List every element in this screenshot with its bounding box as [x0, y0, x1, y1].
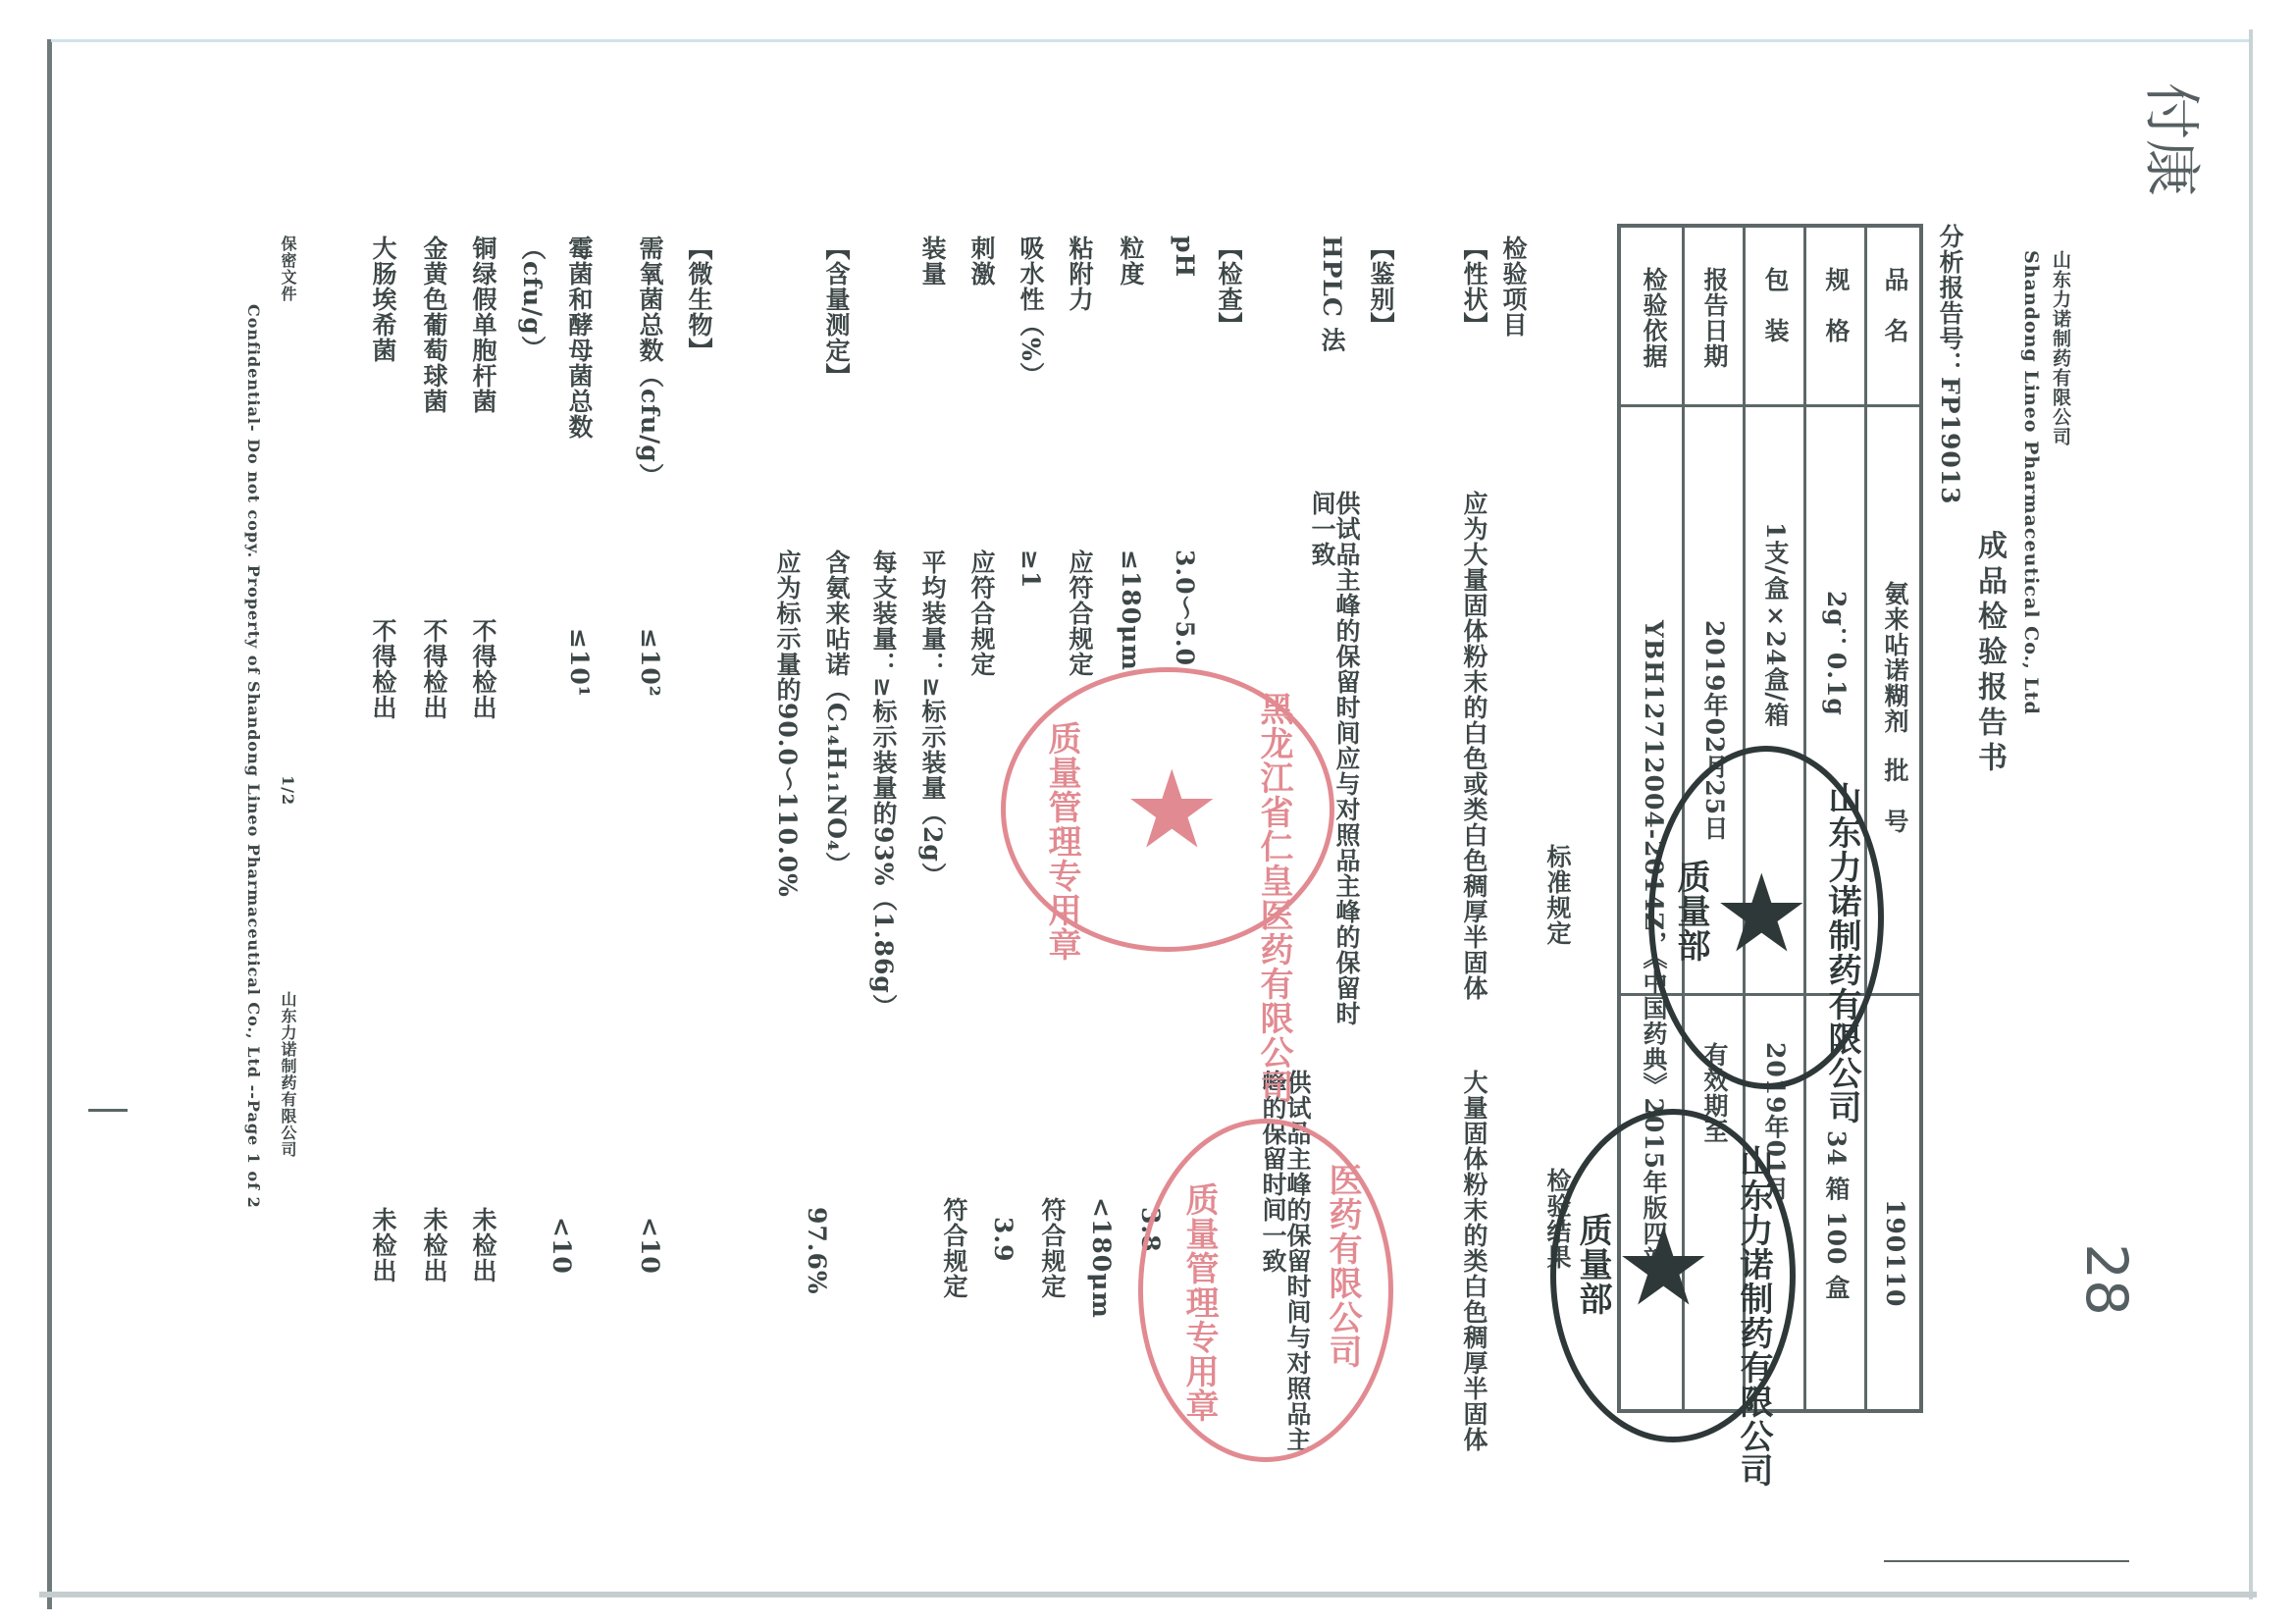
spec-label: 规 格 — [1824, 267, 1849, 343]
section-heading-microbial: 【微生物】 — [687, 236, 711, 363]
pseudomonas-standard: 不得检出 — [471, 618, 496, 720]
inspection-basis-label: 检验依据 — [1642, 267, 1666, 369]
footer-page: 1/2 — [280, 775, 295, 806]
staph-aureus-name: 金黄色葡萄球菌 — [422, 236, 446, 414]
particle-size-result: <180μm — [1089, 1197, 1114, 1319]
assay-standard-2: 应为标示量的90.0～110.0% — [775, 550, 800, 898]
irritation-standard: 应符合规定 — [969, 550, 994, 677]
packaging-label: 包 装 — [1763, 267, 1788, 343]
col-header-item: 检验项目 — [1501, 236, 1526, 338]
pseudomonas-result: 未检出 — [471, 1207, 496, 1283]
ph-name: pH — [1173, 236, 1197, 278]
page-edge-bottom — [39, 1592, 2257, 1597]
appearance-standard: 应为大量固体粉末的白色或类白色稠厚半固体 — [1462, 491, 1487, 1001]
quantity-value: 34 箱 100 盒 — [1824, 1130, 1849, 1300]
section-heading-appearance: 【性状】 — [1462, 236, 1487, 338]
water-absorption-result: 3.9 — [991, 1217, 1016, 1263]
red-quality-stamp: ★ 黑龙江省仁皇医药有限公司 质量管理专用章 — [1001, 667, 1334, 952]
page-edge-left — [47, 39, 52, 1609]
irritation-name: 刺激 — [969, 236, 994, 287]
margin-mark — [1884, 1560, 2129, 1562]
e-coli-result: 未检出 — [371, 1207, 395, 1283]
stamp-text: 质量部 — [1576, 1213, 1609, 1316]
hplc-name: HPLC 法 — [1320, 236, 1344, 353]
report-title: 成品检验报告书 — [1974, 530, 2004, 777]
section-heading-identification: 【鉴别】 — [1369, 236, 1393, 338]
fill-volume-standard-2: 每支装量：≥标示装量的93%（1.86g） — [871, 550, 896, 1020]
company-name-cn: 山东力诺制药有限公司 — [2051, 250, 2069, 446]
adhesion-result: 符合规定 — [1040, 1197, 1065, 1299]
stamp-text: 山东力诺制药有限公司 — [1825, 781, 1858, 1125]
packaging-value: 1支/盒×24盒/箱 — [1763, 522, 1788, 727]
star-icon: ★ — [1713, 860, 1810, 968]
aerobic-count-standard: ≤10² — [638, 628, 662, 698]
e-coli-standard: 不得检出 — [371, 618, 395, 720]
aerobic-count-result: <10 — [638, 1217, 662, 1275]
section-heading-checks: 【检查】 — [1217, 236, 1241, 338]
mold-yeast-standard: ≤10¹ — [567, 628, 592, 698]
product-name-value: 氨来呫诺糊剂 — [1883, 581, 1907, 734]
star-icon: ★ — [1123, 756, 1221, 864]
product-name-label: 品 名 — [1883, 267, 1907, 343]
stamp-text: 山东力诺制药有限公司 — [1737, 1144, 1770, 1488]
spec-value: 2g：0.1g — [1824, 591, 1849, 716]
red-quality-stamp-2: 医药有限公司 质量管理专用章 — [1138, 1119, 1393, 1462]
staph-aureus-result: 未检出 — [422, 1207, 446, 1283]
report-number-value: FP19013 — [1936, 377, 1964, 505]
water-absorption-standard: ≥1 — [1018, 550, 1043, 589]
e-coli-name: 大肠埃希菌 — [371, 236, 395, 363]
report-number-label: 分析报告号： — [1936, 224, 1964, 377]
footer-company: 山东力诺制药有限公司 — [280, 991, 295, 1158]
mold-yeast-name: 霉菌和酵母菌总数 — [567, 236, 592, 440]
black-quality-stamp-2: ★ 山东力诺制药有限公司 质量部 — [1550, 1109, 1796, 1442]
particle-size-standard: ≤180μm — [1119, 550, 1143, 671]
section-heading-assay: 【含量测定】 — [824, 236, 849, 389]
fill-volume-name: 装量 — [920, 236, 945, 287]
black-quality-stamp: ★ 山东力诺制药有限公司 质量部 — [1648, 746, 1884, 1089]
table-row-4: 品 名 氨来呫诺糊剂 批 号 190110 — [1864, 228, 1923, 1409]
fill-volume-standard: 平均装量：≥标示装量（2g） — [920, 550, 945, 888]
mold-yeast-unit: （cfu/g） — [520, 236, 545, 361]
stamp-text: 质量部 — [1674, 860, 1707, 963]
company-name-en: Shandong Lineo Pharmaceutical Co., Ltd — [2021, 250, 2040, 715]
appearance-result: 大量固体粉末的类白色稠厚半固体 — [1462, 1070, 1487, 1452]
star-icon: ★ — [1615, 1213, 1712, 1321]
footer-confidential-cn: 保密文件 — [280, 236, 295, 302]
handwritten-number: 28 — [2073, 1243, 2140, 1316]
page-edge-top — [51, 39, 2249, 42]
irritation-result: 符合规定 — [942, 1197, 966, 1299]
aerobic-count-name: 需氧菌总数（cfu/g） — [638, 236, 662, 489]
stamp-text: 黑龙江省仁皇医药有限公司 — [1257, 692, 1290, 1104]
handwritten-signature: 付康 — [2135, 82, 2218, 196]
particle-size-name: 粒度 — [1119, 236, 1143, 287]
batch-value: 190110 — [1883, 1199, 1907, 1307]
mold-yeast-result: <10 — [549, 1217, 574, 1275]
batch-label: 批 号 — [1883, 758, 1907, 834]
pseudomonas-name: 铜绿假单胞杆菌 — [471, 236, 496, 414]
margin-mark — [88, 1109, 128, 1112]
stamp-text: 质量管理专用章 — [1045, 721, 1078, 962]
report-number: 分析报告号：FP19013 — [1938, 224, 1962, 505]
staph-aureus-standard: 不得检出 — [422, 618, 446, 720]
adhesion-standard: 应符合规定 — [1068, 550, 1092, 677]
stamp-text: 质量管理专用章 — [1182, 1182, 1216, 1423]
water-absorption-name: 吸水性（%） — [1018, 236, 1043, 388]
report-date-label: 报告日期 — [1702, 267, 1727, 369]
assay-result: 97.6% — [805, 1207, 829, 1295]
stamp-text: 医药有限公司 — [1326, 1163, 1359, 1369]
footer-confidential-en: Confidential- Do not copy. Property of S… — [245, 304, 261, 1209]
page-edge-right — [2249, 29, 2253, 1599]
adhesion-name: 粘附力 — [1068, 236, 1092, 312]
assay-standard: 含氨来呫诺（C₁₄H₁₁NO₄） — [824, 550, 849, 877]
ph-standard: 3.0～5.0 — [1173, 550, 1197, 666]
col-header-standard: 标准规定 — [1545, 844, 1570, 946]
